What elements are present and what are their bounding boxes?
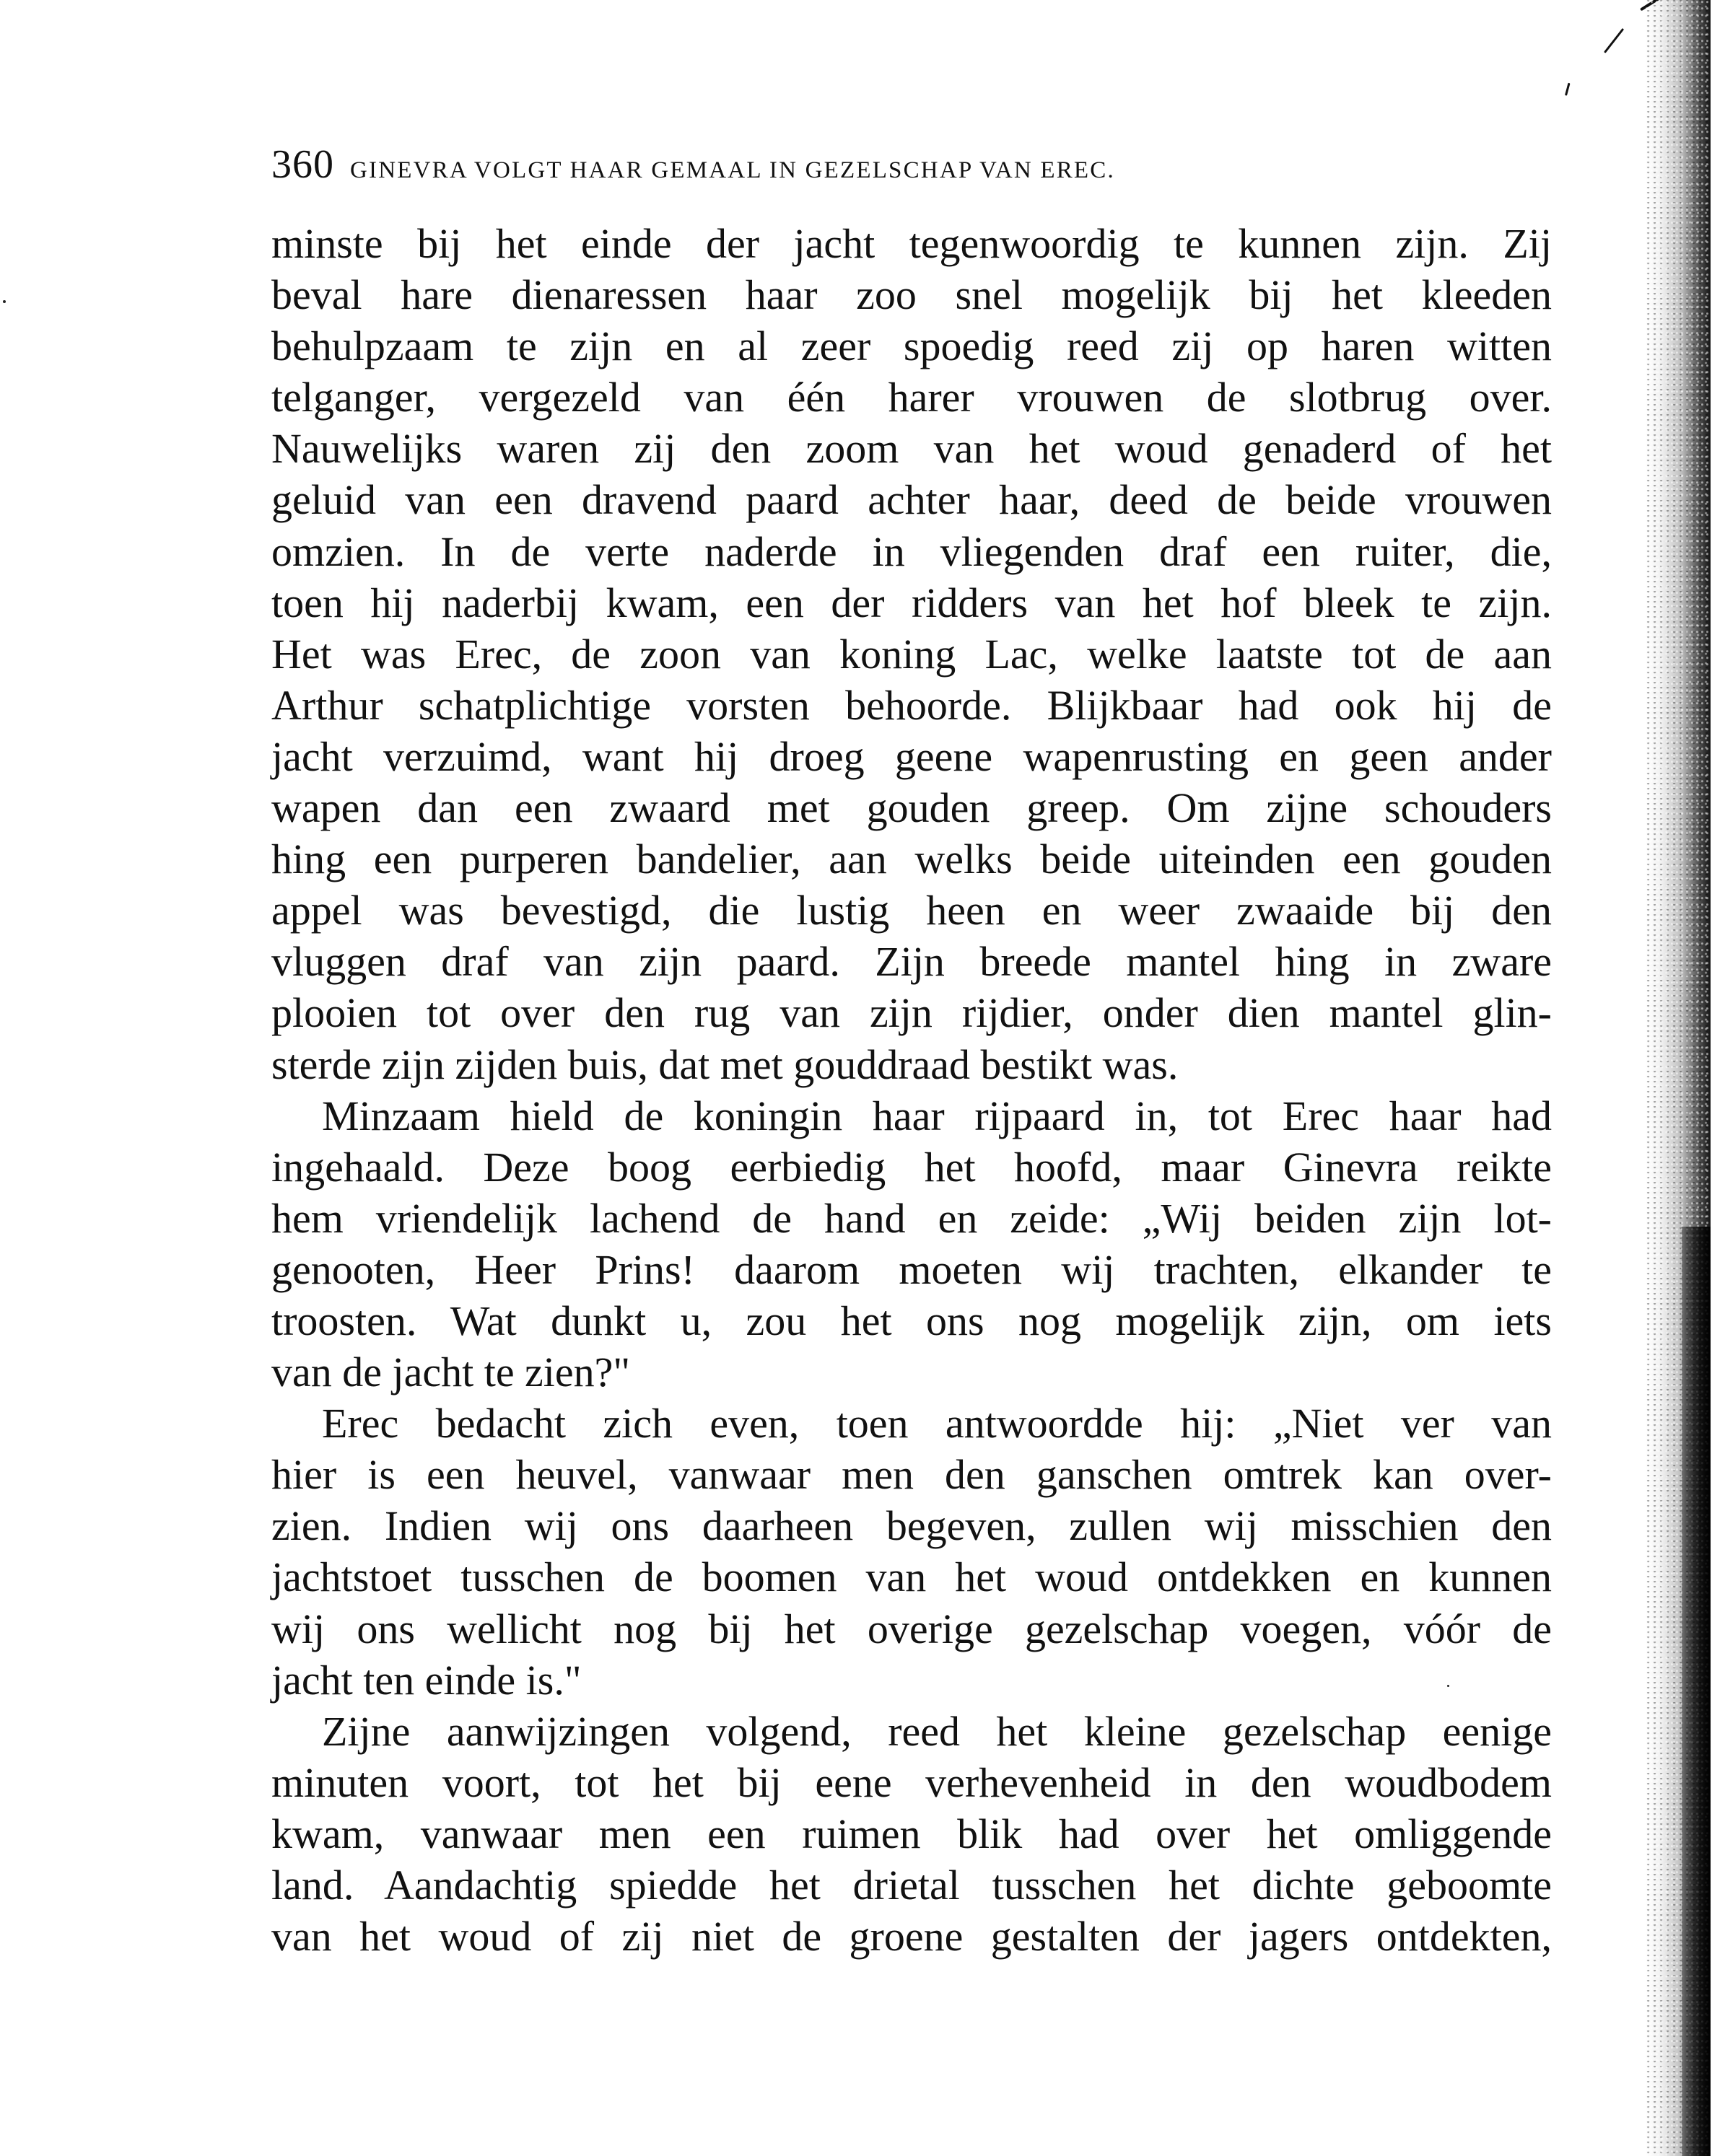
text-line: vluggen draf van zijn paard. Zijn breede… bbox=[271, 936, 1552, 987]
text-line: van het woud of zij niet de groene gesta… bbox=[271, 1911, 1552, 1962]
paragraph-start-line: Erec bedacht zich even, toen antwoordde … bbox=[271, 1398, 1552, 1449]
text-line: toen hij naderbij kwam, een der ridders … bbox=[271, 577, 1552, 628]
text-line: hem vriendelijk lachend de hand en zeide… bbox=[271, 1193, 1552, 1244]
text-line: geluid van een dravend paard achter haar… bbox=[271, 474, 1552, 525]
paragraph-end-line: van de jacht te zien?" bbox=[271, 1346, 1552, 1398]
text-line: Nauwelijks waren zij den zoom van het wo… bbox=[271, 423, 1552, 474]
text-line: wij ons wellicht nog bij het overige gez… bbox=[271, 1603, 1552, 1655]
paragraph-end-line: jacht ten einde is." bbox=[271, 1655, 1552, 1706]
running-head: 360GINEVRA VOLGT HAAR GEMAAL IN GEZELSCH… bbox=[271, 141, 1556, 192]
page-edge bbox=[1711, 0, 1725, 2156]
paragraph-start-line: Minzaam hield de koningin haar rijpaard … bbox=[271, 1090, 1552, 1141]
text-line: telganger, vergezeld van één harer vrouw… bbox=[271, 372, 1552, 423]
text-line: Arthur schatplichtige vorsten behoorde. … bbox=[271, 680, 1552, 731]
scan-speck bbox=[3, 300, 6, 303]
text-line: ingehaald. Deze boog eerbiedig het hoofd… bbox=[271, 1141, 1552, 1193]
text-line: Het was Erec, de zoon van koning Lac, we… bbox=[271, 628, 1552, 680]
text-line: hing een purperen bandelier, aan welks b… bbox=[271, 833, 1552, 885]
text-line: kwam, vanwaar men een ruimen blik had ov… bbox=[271, 1808, 1552, 1859]
scan-artifact-stroke bbox=[1604, 28, 1624, 53]
text-line: hier is een heuvel, vanwaar men den gans… bbox=[271, 1449, 1552, 1500]
text-line: beval hare dienaressen haar zoo snel mog… bbox=[271, 269, 1552, 320]
paragraph-start-line: Zijne aanwijzingen volgend, reed het kle… bbox=[271, 1706, 1552, 1757]
paragraph-end-line: sterde zijn zijden buis, dat met gouddra… bbox=[271, 1039, 1552, 1090]
text-line: behulpzaam te zijn en al zeer spoedig re… bbox=[271, 320, 1552, 372]
text-line: land. Aandachtig spiedde het drietal tus… bbox=[271, 1859, 1552, 1911]
text-line: genooten, Heer Prins! daarom moeten wij … bbox=[271, 1244, 1552, 1295]
book-page: 360GINEVRA VOLGT HAAR GEMAAL IN GEZELSCH… bbox=[0, 0, 1725, 2156]
scan-speck bbox=[1447, 1685, 1449, 1687]
text-line: zien. Indien wij ons daarheen begeven, z… bbox=[271, 1500, 1552, 1551]
text-line: troosten. Wat dunkt u, zou het ons nog m… bbox=[271, 1295, 1552, 1346]
text-line: minuten voort, tot het bij eene verheven… bbox=[271, 1757, 1552, 1808]
text-line: jacht verzuimd, want hij droeg geene wap… bbox=[271, 731, 1552, 782]
text-line: jachtstoet tusschen de boomen van het wo… bbox=[271, 1551, 1552, 1603]
scan-artifact-stroke bbox=[1565, 83, 1571, 96]
text-line: omzien. In de verte naderde in vliegende… bbox=[271, 526, 1552, 577]
page-number: 360 bbox=[271, 142, 334, 187]
running-head-title: GINEVRA VOLGT HAAR GEMAAL IN GEZELSCHAP … bbox=[350, 157, 1115, 183]
body-text: minste bij het einde der jacht tegenwoor… bbox=[271, 218, 1552, 1962]
binding-shadow-dark bbox=[1682, 1227, 1711, 2156]
text-line: wapen dan een zwaard met gouden greep. O… bbox=[271, 782, 1552, 833]
text-line: minste bij het einde der jacht tegenwoor… bbox=[271, 218, 1552, 269]
text-line: appel was bevestigd, die lustig heen en … bbox=[271, 885, 1552, 936]
text-line: plooien tot over den rug van zijn rijdie… bbox=[271, 987, 1552, 1038]
